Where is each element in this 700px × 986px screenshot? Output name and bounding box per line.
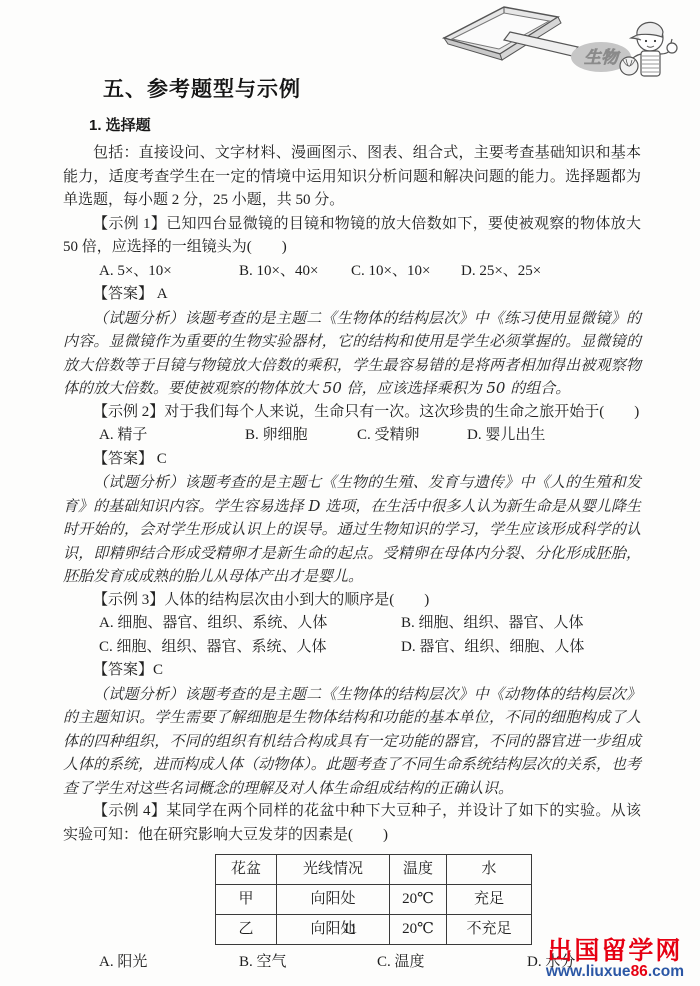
option-a: A. 5×、10× — [99, 260, 239, 284]
header-cell: 花盆 — [216, 855, 277, 885]
page-number: 11 — [0, 921, 700, 938]
example4-question: 【示例 4】某同学在两个同样的花盆中种下大豆种子，并设计了如下的实验。从该实验可… — [63, 800, 641, 847]
document-content: 五、参考题型与示例 1. 选择题 包括：直接设问、文字材料、漫画图示、图表、组合… — [63, 78, 641, 975]
header-cell: 光线情况 — [277, 855, 390, 885]
page-title: 五、参考题型与示例 — [103, 78, 641, 102]
option-b: B. 空气 — [239, 951, 377, 975]
option-d: D. 婴儿出生 — [467, 424, 545, 448]
cell: 甲 — [216, 885, 277, 915]
cell: 向阳处 — [277, 885, 390, 915]
watermark-url: www.liuxue86.com — [546, 964, 684, 980]
example3-analysis: （试题分析）该题考查的是主题二《生物体的结构层次》中《动物体的结构层次》的主题知… — [63, 683, 641, 801]
example1-answer: 【答案】 A — [63, 283, 641, 307]
url-highlight: 86 — [631, 963, 648, 980]
table-header-row: 花盆 光线情况 温度 水 — [216, 855, 532, 885]
example1-analysis: （试题分析）该题考查的是主题二《生物体的结构层次》中《练习使用显微镜》的内容。显… — [63, 307, 641, 401]
option-c: C. 温度 — [377, 951, 527, 975]
cartoon-boy-icon — [620, 22, 677, 76]
option-d: D. 器官、组织、细胞、人体 — [401, 636, 641, 660]
section-intro: 包括：直接设问、文字材料、漫画图示、图表、组合式，主要考查基础知识和基本能力，适… — [63, 142, 641, 213]
option-a: A. 阳光 — [99, 951, 239, 975]
option-d: D. 25×、25× — [461, 260, 541, 284]
example2-options: A. 精子 B. 卵细胞 C. 受精卵 D. 婴儿出生 — [63, 424, 641, 448]
example2-question: 【示例 2】对于我们每个人来说，生命只有一次。这次珍贵的生命之旅开始于( ) — [63, 401, 641, 425]
header-illustration: 生物 — [438, 2, 678, 86]
option-c: C. 受精卵 — [357, 424, 467, 448]
option-b: B. 细胞、组织、器官、人体 — [401, 612, 641, 636]
header-cell: 水 — [447, 855, 532, 885]
option-a: A. 精子 — [99, 424, 245, 448]
option-b: B. 10×、40× — [239, 260, 351, 284]
url-suffix: .com — [648, 963, 684, 980]
example3-question: 【示例 3】人体的结构层次由小到大的顺序是( ) — [63, 589, 641, 613]
header-cell: 温度 — [390, 855, 447, 885]
option-a: A. 细胞、器官、组织、系统、人体 — [99, 612, 401, 636]
example1-question: 【示例 1】已知四台显微镜的目镜和物镜的放大倍数如下，要使被观察的物体放大 50… — [63, 213, 641, 260]
url-prefix: www.liuxue — [546, 963, 631, 980]
example2-analysis: （试题分析）该题考查的是主题七《生物的生殖、发育与遗传》中《人的生殖和发育》的基… — [63, 471, 641, 589]
example3-answer: 【答案】C — [63, 659, 641, 683]
example3-options: A. 细胞、器官、组织、系统、人体 B. 细胞、组织、器官、人体 C. 细胞、组… — [63, 612, 641, 659]
cell: 充足 — [447, 885, 532, 915]
cell: 20℃ — [390, 885, 447, 915]
option-b: B. 卵细胞 — [245, 424, 357, 448]
section-heading: 1. 选择题 — [89, 114, 641, 138]
option-c: C. 细胞、组织、器官、系统、人体 — [99, 636, 401, 660]
example1-options: A. 5×、10× B. 10×、40× C. 10×、10× D. 25×、2… — [63, 260, 641, 284]
badge-label: 生物 — [584, 48, 621, 67]
example2-answer: 【答案】 C — [63, 448, 641, 472]
site-watermark: 出国留学网 www.liuxue86.com — [546, 938, 684, 981]
document-page: 生物 五、参考题型与示例 1. 选择题 包括：直接设问、文字材料、漫画图示、图表… — [0, 0, 700, 986]
table-row: 甲 向阳处 20℃ 充足 — [216, 885, 532, 915]
option-c: C. 10×、10× — [351, 260, 461, 284]
watermark-site-name: 出国留学网 — [546, 938, 684, 964]
book-pencil-icon — [444, 7, 592, 60]
